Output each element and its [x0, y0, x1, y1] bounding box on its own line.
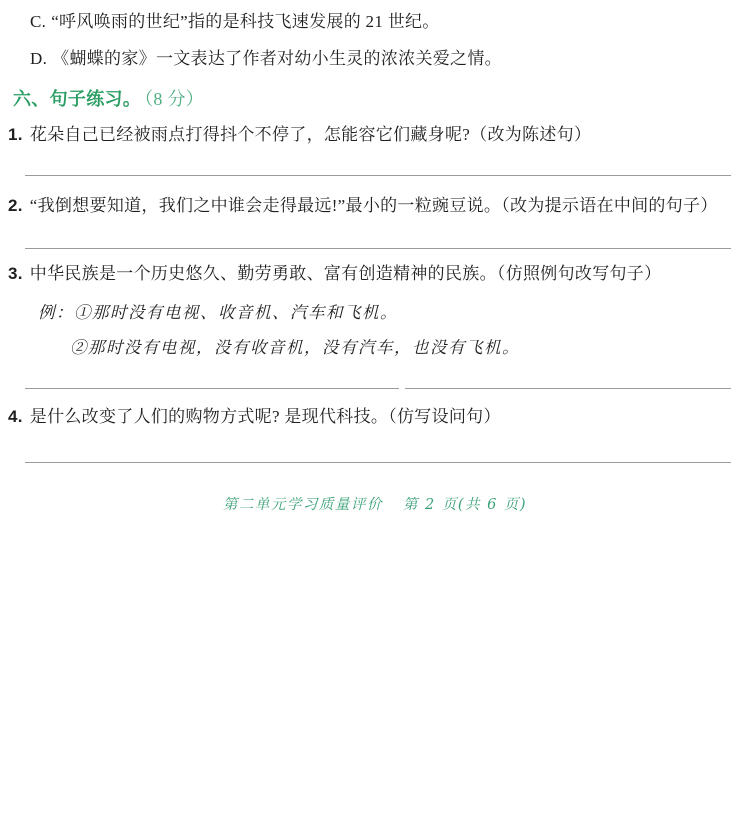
option-d-label: D. [30, 49, 47, 68]
question-1-text: 花朵自己已经被雨点打得抖个不停了，怎能容它们藏身呢? [30, 125, 470, 144]
question-1-directive: （改为陈述句） [470, 125, 591, 144]
question-4-number: 4. [8, 406, 23, 428]
answer-line-4 [25, 462, 731, 463]
example-item-1: ①那时没有电视、收音机、汽车和飞机。 [74, 303, 398, 322]
example-line-2: ②那时没有电视，没有收音机，没有汽车，也没有飞机。 [70, 337, 750, 359]
question-3-body: 中华民族是一个历史悠久、勤劳勇敢、富有创造精神的民族。（仿照例句改写句子） [30, 263, 662, 285]
question-1-number: 1. [8, 124, 23, 146]
question-4-directive: （仿写设问句） [388, 407, 501, 426]
example-line-1: 例：①那时没有电视、收音机、汽车和飞机。 [38, 302, 750, 324]
question-2-number: 2. [8, 195, 23, 217]
option-d-text: 《蝴蝶的家》一文表达了作者对幼小生灵的浓浓关爱之情。 [52, 49, 502, 68]
option-c-label: C. [30, 12, 46, 31]
footer-title: 第二单元学习质量评价 [223, 494, 383, 516]
answer-line-1 [25, 175, 731, 176]
section-points: （8 分） [144, 89, 204, 109]
answer-line-2 [25, 248, 731, 249]
page-footer: 第二单元学习质量评价 第 2 页(共 6 页) [0, 494, 750, 516]
section-header: 六、句子练习。（8 分） [13, 88, 750, 110]
question-4: 4. 是什么改变了人们的购物方式呢? 是现代科技。（仿写设问句） [8, 406, 750, 428]
question-3: 3. 中华民族是一个历史悠久、勤劳勇敢、富有创造精神的民族。（仿照例句改写句子） [8, 263, 750, 285]
question-3-number: 3. [8, 263, 23, 285]
option-c: C.“呼风唤雨的世纪”指的是科技飞速发展的 21 世纪。 [30, 11, 750, 33]
footer-page-number: 第 2 页(共 6 页) [403, 494, 527, 516]
worksheet-content: C.“呼风唤雨的世纪”指的是科技飞速发展的 21 世纪。 D.《蝴蝶的家》一文表… [0, 0, 750, 516]
example-item-2: ②那时没有电视，没有收音机，没有汽车，也没有飞机。 [70, 338, 520, 357]
question-2-directive: （改为提示语在中间的句子） [501, 196, 717, 215]
question-1: 1. 花朵自己已经被雨点打得抖个不停了，怎能容它们藏身呢?（改为陈述句） [8, 124, 750, 146]
question-2: 2. “我倒想要知道，我们之中谁会走得最远!”最小的一粒豌豆说。（改为提示语在中… [8, 195, 750, 217]
answer-line-3-segment-a [25, 388, 399, 389]
question-3-text: 中华民族是一个历史悠久、勤劳勇敢、富有创造精神的民族。 [30, 264, 497, 283]
question-2-text: “我倒想要知道，我们之中谁会走得最远!”最小的一粒豌豆说。 [30, 196, 501, 215]
question-4-text: 是什么改变了人们的购物方式呢? 是现代科技。 [30, 407, 388, 426]
question-1-body: 花朵自己已经被雨点打得抖个不停了，怎能容它们藏身呢?（改为陈述句） [30, 124, 591, 146]
option-d: D.《蝴蝶的家》一文表达了作者对幼小生灵的浓浓关爱之情。 [30, 48, 750, 70]
example-prefix: 例： [38, 303, 74, 322]
question-2-body: “我倒想要知道，我们之中谁会走得最远!”最小的一粒豌豆说。（改为提示语在中间的句… [30, 195, 718, 217]
question-4-body: 是什么改变了人们的购物方式呢? 是现代科技。（仿写设问句） [30, 406, 501, 428]
question-3-directive: （仿照例句改写句子） [497, 264, 662, 283]
option-c-text: “呼风唤雨的世纪”指的是科技飞速发展的 21 世纪。 [51, 12, 439, 31]
section-title: 六、句子练习。 [13, 89, 141, 109]
worksheet-page: C.“呼风唤雨的世纪”指的是科技飞速发展的 21 世纪。 D.《蝴蝶的家》一文表… [0, 0, 750, 815]
answer-line-3-segment-b [405, 388, 731, 389]
